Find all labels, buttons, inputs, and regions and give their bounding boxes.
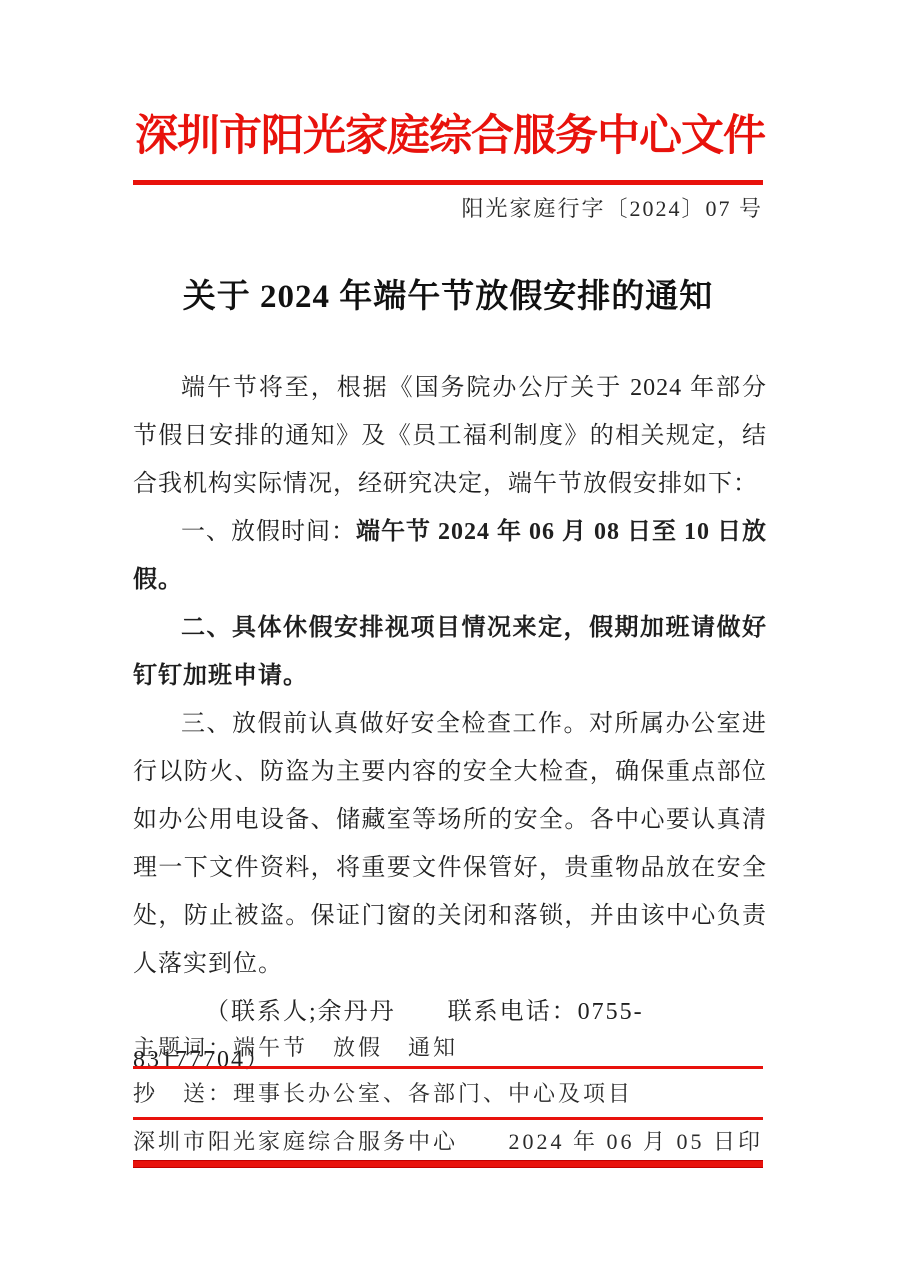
- paragraph-intro: 端午节将至，根据《国务院办公厅关于 2024 年部分节假日安排的通知》及《员工福…: [133, 364, 767, 508]
- bottom-divider: [133, 1160, 763, 1168]
- item1-label: 一、放假时间：: [181, 519, 356, 545]
- paragraph-item1: 一、放假时间：端午节 2024 年 06 月 08 日至 10 日放假。: [133, 508, 767, 604]
- subject-divider: [133, 1066, 763, 1069]
- issuer-row: 深圳市阳光家庭综合服务中心 2024 年 06 月 05 日印: [133, 1126, 763, 1158]
- letterhead-divider: [133, 180, 763, 185]
- cc-line: 抄 送：理事长办公室、各部门、中心及项目: [133, 1078, 763, 1110]
- issuer-org-name: 深圳市阳光家庭综合服务中心: [133, 1126, 458, 1158]
- paragraph-item2: 二、具体休假安排视项目情况来定，假期加班请做好钉钉加班申请。: [133, 604, 767, 700]
- doc-number: 阳光家庭行字〔2024〕07 号: [133, 192, 763, 223]
- notice-title: 关于 2024 年端午节放假安排的通知: [103, 270, 793, 317]
- paragraph-item3: 三、放假前认真做好安全检查工作。对所属办公室进行以防火、防盗为主要内容的安全大检…: [133, 700, 767, 988]
- cc-divider: [133, 1117, 763, 1120]
- notice-body: 端午节将至，根据《国务院办公厅关于 2024 年部分节假日安排的通知》及《员工福…: [133, 364, 767, 1084]
- print-date: 2024 年 06 月 05 日印: [508, 1126, 763, 1158]
- document-page: 深圳市阳光家庭综合服务中心文件 阳光家庭行字〔2024〕07 号 关于 2024…: [0, 0, 900, 1273]
- subject-keywords-line: 主题词：端午节 放假 通知: [133, 1032, 763, 1064]
- letterhead-title: 深圳市阳光家庭综合服务中心文件: [120, 102, 780, 163]
